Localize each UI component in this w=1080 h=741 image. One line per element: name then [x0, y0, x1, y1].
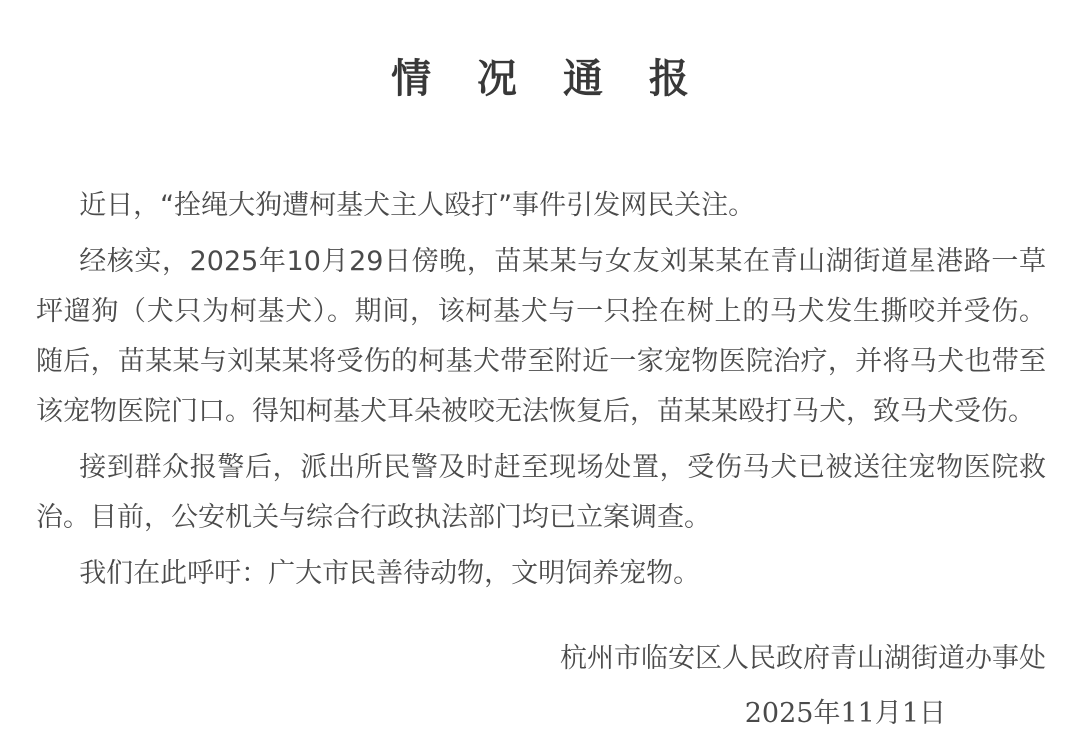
issuing-authority: 杭州市临安区人民政府青山湖街道办事处: [36, 634, 1046, 684]
issue-date: 2025年11月1日: [745, 689, 946, 739]
notice-paragraph-intro: 近日，“拴绳大狗遭柯基犬主人殴打”事件引发网民关注。: [36, 181, 1046, 231]
notice-signoff: 杭州市临安区人民政府青山湖街道办事处 2025年11月1日: [0, 634, 1080, 739]
notice-body: 近日，“拴绳大狗遭柯基犬主人殴打”事件引发网民关注。 经核实，2025年10月2…: [0, 103, 1080, 599]
notice-paragraph-incident: 经核实，2025年10月29日傍晚，苗某某与女友刘某某在青山湖街道星港路一草坪遛…: [36, 237, 1046, 437]
notice-paragraph-appeal: 我们在此呼吁：广大市民善待动物，文明饲养宠物。: [36, 549, 1046, 599]
issue-date-line: 2025年11月1日: [36, 689, 1046, 739]
notice-title: 情 况 通 报: [0, 0, 1080, 103]
notice-paragraph-response: 接到群众报警后，派出所民警及时赶至现场处置，受伤马犬已被送往宠物医院救治。目前，…: [36, 443, 1046, 543]
notice-page: 情 况 通 报 近日，“拴绳大狗遭柯基犬主人殴打”事件引发网民关注。 经核实，2…: [0, 0, 1080, 741]
